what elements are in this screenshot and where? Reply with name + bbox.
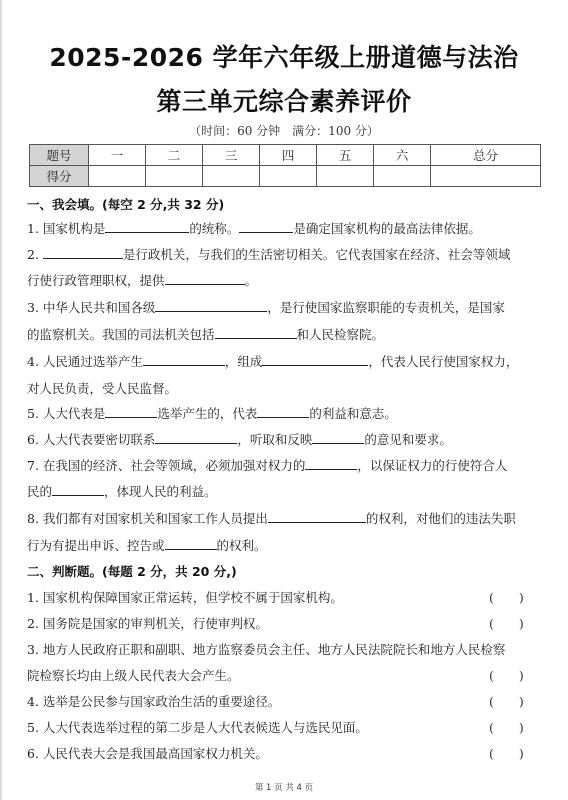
q3-text-c: 的监察机关。我国的司法机关包括 (27, 327, 215, 342)
score-cell-5[interactable] (317, 166, 374, 187)
fill-q7: 7. 在我国的经济、社会等领域，必须加强对权力的，以保证权力的行使符合人 (27, 456, 507, 474)
fill-q4: 4. 人民通过选举产生，组成，代表人民行使国家权力， (27, 352, 518, 370)
judge-q4: 4. 选举是公民参与国家政治生活的重要途径。 (27, 692, 280, 710)
answer-blank[interactable] (239, 220, 293, 233)
exam-time-score: （时间：60 分钟 满分：100 分） (0, 122, 568, 139)
q7-text-a: 7. 在我国的经济、社会等领域，必须加强对权力的 (27, 458, 305, 473)
fill-q4-cont: 对人民负责，受人民监督。 (27, 379, 177, 397)
fill-q7-cont: 民的，体现人民的利益。 (27, 482, 217, 500)
exam-subtitle-unit: 第三单元综合素养评价 (0, 82, 568, 118)
col-6: 六 (374, 145, 431, 166)
q1-text-b: 的统称。 (189, 221, 239, 236)
col-5: 五 (317, 145, 374, 166)
q3-text-a: 3. 中华人民共和国各级 (27, 300, 155, 315)
answer-blank[interactable] (257, 405, 309, 418)
q8-text-b: 的权利，对他们的违法失职 (366, 511, 516, 526)
answer-paren[interactable]: ( ) (489, 614, 524, 632)
q7-text-d: ，体现人民的利益。 (104, 484, 217, 499)
answer-blank[interactable] (215, 326, 297, 339)
q2-text-b: 是行政机关，与我们的生活密切相关。它代表国家在经济、社会等领域 (123, 247, 511, 262)
score-table: 题号 一 二 三 四 五 六 总分 得分 (29, 144, 541, 187)
q6-text-a: 6. 人大代表要密切联系 (27, 432, 155, 447)
q1-text-c: 是确定国家机构的最高法律依据。 (293, 221, 481, 236)
q8-text-c: 行为有提出申诉、控告或 (27, 538, 165, 553)
q4-text-c: ，代表人民行使国家权力， (368, 354, 518, 369)
q8-text-d: 的权利。 (217, 538, 267, 553)
score-table-score-row: 得分 (30, 166, 541, 187)
exam-title: 2025-2026 学年六年级上册道德与法治 (0, 38, 568, 74)
col-1: 一 (89, 145, 146, 166)
q2-text-d: 。 (245, 273, 258, 288)
q6-text-b: ，听取和反映 (237, 432, 312, 447)
fill-q1: 1. 国家机构是的统称。是确定国家机构的最高法律依据。 (27, 219, 481, 237)
answer-paren[interactable]: ( ) (489, 692, 524, 710)
answer-blank[interactable] (312, 431, 364, 444)
col-2: 二 (146, 145, 203, 166)
section2-heading: 二、判断题。(每题 2 分，共 20 分,) (27, 562, 237, 580)
q2-text-a: 2. (27, 247, 43, 262)
q6-text-c: 的意见和要求。 (364, 432, 452, 447)
score-cell-total[interactable] (431, 166, 541, 187)
col-4: 四 (260, 145, 317, 166)
fill-q5: 5. 人大代表是选举产生的，代表的利益和意志。 (27, 404, 397, 422)
page-left-edge (0, 0, 2, 800)
page-number: 第 1 页 共 4 页 (0, 781, 568, 793)
score-cell-6[interactable] (374, 166, 431, 187)
score-cell-2[interactable] (146, 166, 203, 187)
answer-paren[interactable]: ( ) (489, 588, 524, 606)
header-label-cell: 题号 (30, 145, 89, 166)
q4-text-a: 4. 人民通过选举产生 (27, 354, 143, 369)
answer-blank[interactable] (105, 405, 157, 418)
score-cell-3[interactable] (203, 166, 260, 187)
q8-text-a: 8. 我们都有对国家机关和国家工作人员提出 (27, 511, 268, 526)
answer-blank[interactable] (155, 299, 267, 312)
answer-paren[interactable]: ( ) (489, 744, 524, 762)
q5-text-b: 选举产生的，代表 (157, 406, 257, 421)
answer-blank[interactable] (262, 353, 368, 366)
answer-paren[interactable]: ( ) (489, 666, 524, 684)
answer-blank[interactable] (165, 272, 245, 285)
fill-q8: 8. 我们都有对国家机关和国家工作人员提出的权利，对他们的违法失职 (27, 509, 516, 527)
q4-text-d: 对人民负责，受人民监督。 (27, 381, 177, 396)
q3-text-b: ，是行使国家监察职能的专责机关，是国家 (267, 300, 505, 315)
judge-q3: 3. 地方人民政府正职和副职、地方监察委员会主任、地方人民法院院长和地方人民检察 (27, 640, 505, 658)
fill-q3-cont: 的监察机关。我国的司法机关包括和人民检察院。 (27, 325, 384, 343)
answer-blank[interactable] (43, 246, 123, 259)
answer-blank[interactable] (305, 457, 357, 470)
fill-q2: 2. 是行政机关，与我们的生活密切相关。它代表国家在经济、社会等领域 (27, 245, 510, 263)
score-label-cell: 得分 (30, 166, 89, 187)
q4-text-b: ，组成 (225, 354, 263, 369)
judge-q6: 6. 人民代表大会是我国最高国家权力机关。 (27, 744, 268, 762)
judge-q3-cont: 院检察长均由上级人民代表大会产生。 (27, 666, 240, 684)
q5-text-c: 的利益和意志。 (309, 406, 397, 421)
score-cell-4[interactable] (260, 166, 317, 187)
answer-paren[interactable]: ( ) (489, 718, 524, 736)
q7-text-b: ，以保证权力的行使符合人 (357, 458, 507, 473)
score-cell-1[interactable] (89, 166, 146, 187)
section1-heading: 一、我会填。(每空 2 分,共 32 分) (27, 195, 224, 213)
col-total: 总分 (431, 145, 541, 166)
answer-blank[interactable] (268, 510, 366, 523)
q1-text-a: 1. 国家机构是 (27, 221, 105, 236)
judge-q5: 5. 人大代表选举过程的第二步是人大代表候选人与选民见面。 (27, 718, 368, 736)
fill-q8-cont: 行为有提出申诉、控告或的权利。 (27, 536, 267, 554)
judge-q1: 1. 国家机构保障国家正常运转，但学校不属于国家机构。 (27, 588, 343, 606)
answer-blank[interactable] (165, 537, 217, 550)
answer-blank[interactable] (105, 220, 189, 233)
q7-text-c: 民的 (27, 484, 52, 499)
fill-q6: 6. 人大代表要密切联系，听取和反映的意见和要求。 (27, 430, 452, 448)
q5-text-a: 5. 人大代表是 (27, 406, 105, 421)
judge-q2: 2. 国务院是国家的审判机关，行使审判权。 (27, 614, 268, 632)
answer-blank[interactable] (143, 353, 225, 366)
answer-blank[interactable] (52, 483, 104, 496)
col-3: 三 (203, 145, 260, 166)
fill-q3: 3. 中华人民共和国各级，是行使国家监察职能的专责机关，是国家 (27, 298, 505, 316)
fill-q2-cont: 行使行政管理职权，提供。 (27, 271, 257, 289)
q3-text-d: 和人民检察院。 (297, 327, 385, 342)
answer-blank[interactable] (155, 431, 237, 444)
q2-text-c: 行使行政管理职权，提供 (27, 273, 165, 288)
score-table-header-row: 题号 一 二 三 四 五 六 总分 (30, 145, 541, 166)
